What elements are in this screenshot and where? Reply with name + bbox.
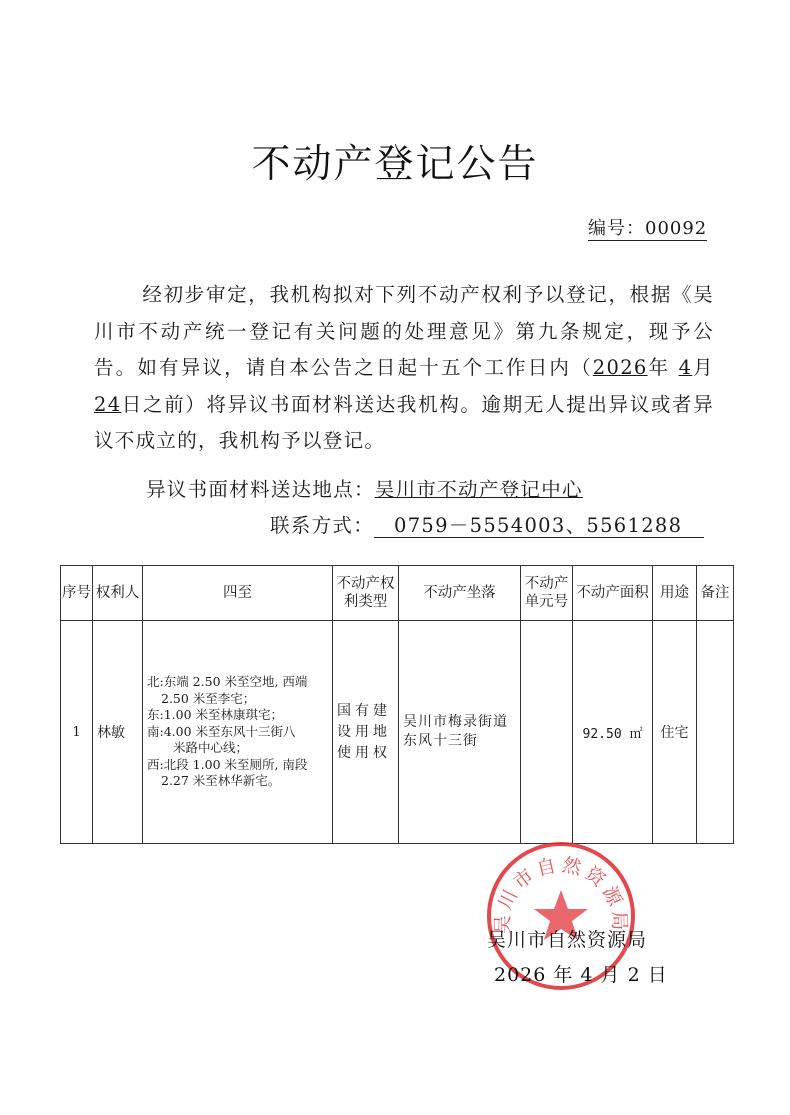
boundary-west: 西:北段 1.00 米至厕所, 南段 [147, 757, 328, 774]
table-header-row: 序号 权利人 四至 不动产权利类型 不动产坐落 不动产单元号 不动产面积 用途 … [61, 566, 734, 621]
header-location: 不动产坐落 [399, 566, 521, 621]
notice-body: 经初步审定，我机构拟对下列不动产权利予以登记，根据《吴川市不动产统一登记有关问题… [94, 277, 714, 460]
document-number-value: 00092 [645, 218, 707, 239]
header-owner: 权利人 [93, 566, 143, 621]
document-number: 编号：00092 [588, 218, 707, 241]
cell-right-type: 国有建设用地使用权 [333, 621, 399, 844]
header-remarks: 备注 [697, 566, 734, 621]
deadline-month: 4 [679, 356, 693, 379]
header-boundaries: 四至 [143, 566, 333, 621]
cell-location: 吴川市梅录街道东风十三街 [399, 621, 521, 844]
year-label: 年 [648, 356, 671, 379]
document-number-label: 编号： [588, 218, 645, 239]
boundary-north: 北:东端 2.50 米至空地, 西端 [147, 674, 328, 691]
deadline-year: 2026 [593, 356, 648, 379]
header-right-type: 不动产权利类型 [333, 566, 399, 621]
contact-value: 0759－5554003、5561288 [374, 515, 704, 538]
cell-remarks [697, 621, 734, 844]
boundary-north-cont: 2.50 米至李宅； [147, 691, 328, 708]
header-right-type-line1: 不动产权 [333, 575, 398, 593]
objection-address-value: 吴川市不动产登记中心 [375, 478, 583, 501]
deadline-day: 24 [94, 393, 121, 416]
boundary-south-cont: 米路中心线； [147, 740, 328, 757]
cell-area: 92.50 ㎡ [573, 621, 653, 844]
cell-index: 1 [61, 621, 93, 844]
header-unit-number: 不动产单元号 [521, 566, 573, 621]
issue-date: 2026 年 4 月 2 日 [494, 960, 668, 987]
cell-unit-number [521, 621, 573, 844]
notice-text-2: 日之前）将异议书面材料送达我机构。逾期无人提出异议或者异议不成立的，我机构予以登… [94, 393, 714, 453]
cell-usage: 住宅 [653, 621, 697, 844]
issuer-name: 吴川市自然资源局 [487, 925, 647, 952]
cell-boundaries: 北:东端 2.50 米至空地, 西端 2.50 米至李宅； 东:1.00 米至林… [143, 621, 333, 844]
header-unit-line2: 单元号 [521, 593, 572, 611]
boundary-west-cont: 2.27 米至林华新宅。 [147, 773, 328, 790]
header-usage: 用途 [653, 566, 697, 621]
contact-label: 联系方式： [270, 514, 374, 537]
header-index: 序号 [61, 566, 93, 621]
objection-address: 异议书面材料送达地点：吴川市不动产登记中心 [146, 474, 583, 502]
page-title: 不动产登记公告 [0, 133, 790, 189]
header-right-type-line2: 利类型 [333, 593, 398, 611]
boundary-south: 南:4.00 米至东风十三街八 [147, 724, 328, 741]
cell-owner: 林敏 [93, 621, 143, 844]
table-row: 1 林敏 北:东端 2.50 米至空地, 西端 2.50 米至李宅； 东:1.0… [61, 621, 734, 844]
boundary-east: 东:1.00 米至林康琪宅； [147, 707, 328, 724]
header-unit-line1: 不动产 [521, 575, 572, 593]
registration-table: 序号 权利人 四至 不动产权利类型 不动产坐落 不动产单元号 不动产面积 用途 … [60, 565, 734, 844]
objection-address-label: 异议书面材料送达地点： [146, 478, 375, 501]
header-area: 不动产面积 [573, 566, 653, 621]
contact-info: 联系方式：0759－5554003、5561288 [270, 510, 704, 538]
month-label: 月 [692, 356, 714, 379]
